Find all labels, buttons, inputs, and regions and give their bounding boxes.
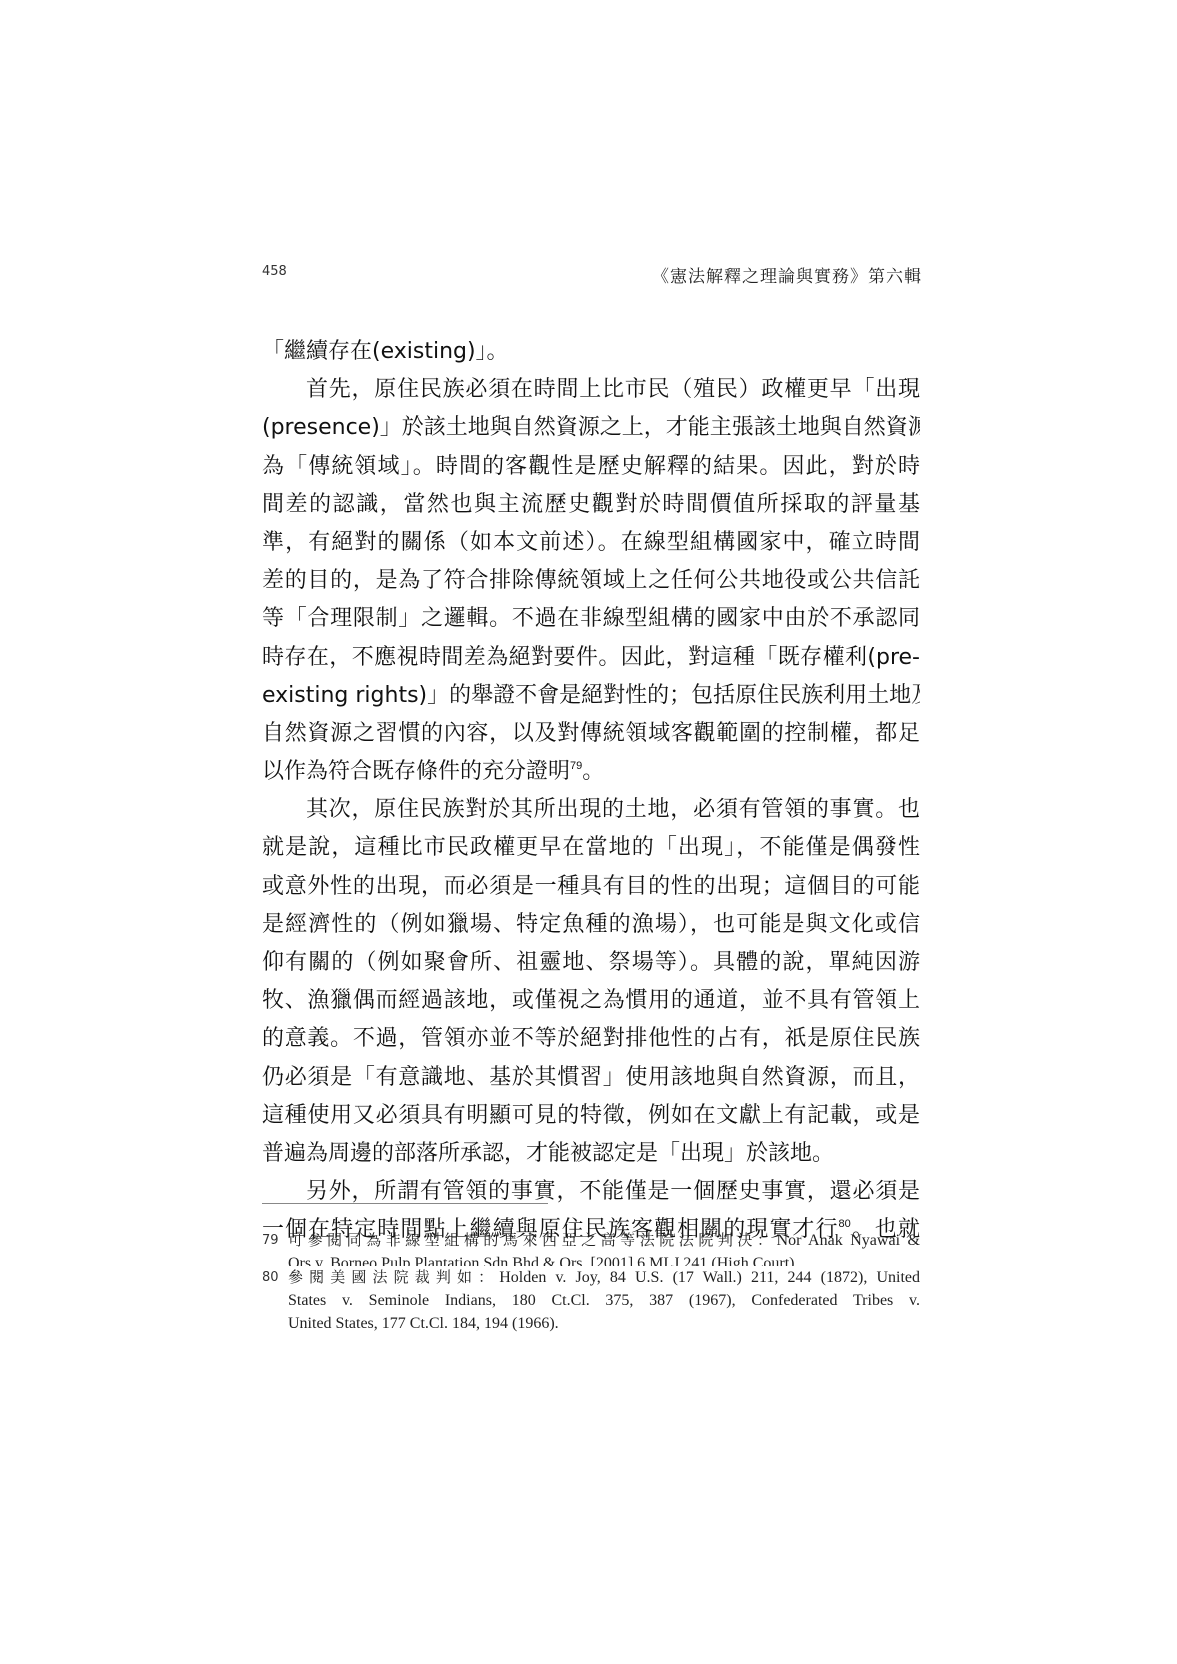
text-line: 為「傳統領域」。時間的客觀性是歷史解釋的結果。因此，對於時 — [262, 448, 920, 486]
running-head: 458 《憲法解釋之理論與實務》第六輯 — [262, 262, 922, 286]
footnote-number: 80 — [262, 1266, 279, 1289]
text-line: 仍必須是「有意識地、基於其慣習」使用該地與自然資源，而且， — [262, 1059, 920, 1097]
document-page: 458 《憲法解釋之理論與實務》第六輯 「繼續存在(existing)」。 首先… — [0, 0, 1177, 1664]
text-line: 等「合理限制」之邏輯。不過在非線型組構的國家中由於不承認同 — [262, 600, 920, 638]
footnote-line: United States, 177 Ct.Cl. 184, 194 (1966… — [288, 1312, 920, 1335]
text-line: 差的目的，是為了符合排除傳統領域上之任何公共地役或公共信託 — [262, 562, 920, 600]
text-line: 普遍為周邊的部落所承認，才能被認定是「出現」於該地。 — [262, 1135, 920, 1173]
footnote-citation: Nor Anak Nyawai & — [777, 1232, 920, 1249]
text-segment: 以作為符合既存條件的充分證明 — [262, 759, 570, 784]
paragraph-first-line: 首先，原住民族必須在時間上比市民（殖民）政權更早「出現 — [262, 371, 920, 409]
text-segment: 。 — [582, 759, 604, 784]
text-line: 的意義。不過，管領亦並不等於絕對排他性的占有，祇是原住民族 — [262, 1020, 920, 1058]
page-number: 458 — [262, 264, 287, 279]
text-line: 「繼續存在(existing)」。 — [262, 333, 920, 371]
footnote-ref-79[interactable]: 79 — [570, 760, 582, 772]
footnote-number: 79 — [262, 1229, 279, 1252]
footnote-cjk-text: 可參閱同為非線型組構的馬來西亞之高等法院法院判決： — [288, 1231, 777, 1249]
footnote-line: 參閱美國法院裁判如：Holden v. Joy, 84 U.S. (17 Wal… — [288, 1266, 920, 1289]
footnotes: 79 可參閱同為非線型組構的馬來西亞之高等法院法院判決：Nor Anak Nya… — [262, 1229, 920, 1335]
footnote-line: 可參閱同為非線型組構的馬來西亞之高等法院法院判決：Nor Anak Nyawai… — [288, 1229, 920, 1252]
book-title: 《憲法解釋之理論與實務》第六輯 — [652, 262, 922, 287]
text-line: 是經濟性的（例如獵場、特定魚種的漁場），也可能是與文化或信 — [262, 906, 920, 944]
body-text: 「繼續存在(existing)」。 首先，原住民族必須在時間上比市民（殖民）政權… — [262, 333, 920, 1250]
text-line: 就是說，這種比市民政權更早在當地的「出現」，不能僅是偶發性 — [262, 829, 920, 867]
footnote-79: 79 可參閱同為非線型組構的馬來西亞之高等法院法院判決：Nor Anak Nya… — [262, 1229, 920, 1266]
text-line: 準，有絕對的關係（如本文前述）。在線型組構國家中，確立時間 — [262, 524, 920, 562]
paragraph-first-line: 其次，原住民族對於其所出現的土地，必須有管領的事實。也 — [262, 791, 920, 829]
footnote-divider — [262, 1203, 548, 1204]
text-line: (presence)」於該土地與自然資源之上，才能主張該土地與自然資源 — [262, 409, 920, 447]
footnote-citation: Holden v. Joy, 84 U.S. (17 Wall.) 211, 2… — [499, 1269, 920, 1286]
footnote-cjk-text: 參閱美國法院裁判如： — [288, 1268, 499, 1286]
text-line: 間差的認識，當然也與主流歷史觀對於時間價值所採取的評量基 — [262, 486, 920, 524]
paragraph-first-line: 另外，所謂有管領的事實，不能僅是一個歷史事實，還必須是 — [262, 1173, 920, 1211]
text-line: existing rights)」的舉證不會是絕對性的；包括原住民族利用土地及 — [262, 677, 920, 715]
text-line: 這種使用又必須具有明顯可見的特徵，例如在文獻上有記載，或是 — [262, 1097, 920, 1135]
footnote-line: States v. Seminole Indians, 180 Ct.Cl. 3… — [288, 1289, 920, 1312]
text-line: 自然資源之習慣的內容，以及對傳統領域客觀範圍的控制權，都足 — [262, 715, 920, 753]
text-line: 或意外性的出現，而必須是一種具有目的性的出現；這個目的可能 — [262, 868, 920, 906]
text-line-with-footnote: 以作為符合既存條件的充分證明79。 — [262, 753, 920, 791]
footnote-80: 80 參閱美國法院裁判如：Holden v. Joy, 84 U.S. (17 … — [262, 1266, 920, 1335]
text-line: 牧、漁獵偶而經過該地，或僅視之為慣用的通道，並不具有管領上 — [262, 982, 920, 1020]
text-line: 時存在，不應視時間差為絕對要件。因此，對這種「既存權利(pre- — [262, 639, 920, 677]
footnote-line: Ors v. Borneo Pulp Plantation Sdn Bhd & … — [288, 1252, 920, 1266]
text-line: 仰有關的（例如聚會所、祖靈地、祭場等）。具體的說，單純因游 — [262, 944, 920, 982]
